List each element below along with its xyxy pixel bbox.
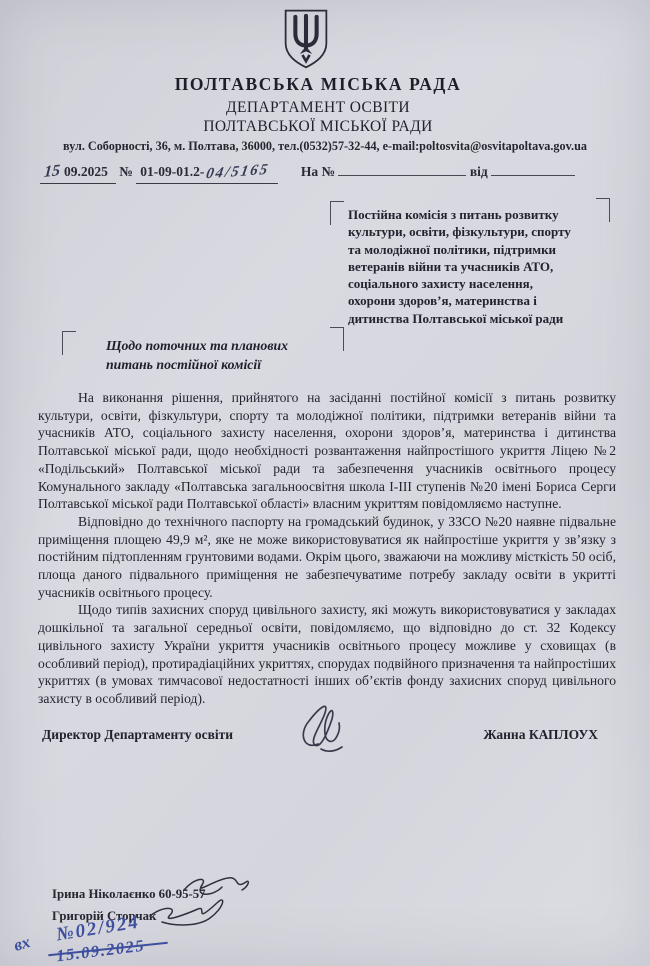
reply-to-label: На № xyxy=(301,164,335,179)
recipient-line: охорони здоров’я, материнства і xyxy=(348,292,610,309)
reply-number-blank xyxy=(338,162,466,176)
printed-number: 01-09-01.2- xyxy=(140,164,204,179)
recipient-line: та молодіжної політики, підтримки xyxy=(348,241,610,258)
footer-signatures-icon xyxy=(122,872,272,939)
incoming-mark: вх xyxy=(12,932,33,956)
corner-bracket-subject-left xyxy=(62,331,76,355)
paragraph-3: Щодо типів захисних споруд цивільного за… xyxy=(38,601,616,707)
signer-title: Директор Департаменту освіти xyxy=(42,727,233,743)
reply-date-blank xyxy=(491,162,575,176)
outgoing-number-field: 01-09-01.2-04/5165 xyxy=(136,164,277,184)
scanned-letter-page: ПОЛТАВСЬКА МІСЬКА РАДА ДЕПАРТАМЕНТ ОСВІТ… xyxy=(0,0,650,966)
letter-body: На виконання рішення, прийнятого на засі… xyxy=(38,389,616,708)
corner-bracket-recipient-left xyxy=(330,201,344,225)
paragraph-2: Відповідно до технічного паспорту на гро… xyxy=(38,513,616,602)
recipient-line: соціального захисту населення, xyxy=(348,275,610,292)
reference-line: 1509.2025 № 01-09-01.2-04/5165 На № від xyxy=(40,162,630,184)
handwritten-day: 15 xyxy=(43,162,60,182)
tryzub-coat-of-arms-icon xyxy=(277,8,335,70)
date-field: 1509.2025 xyxy=(40,163,116,184)
recipient-line: дитинства Полтавської міської ради xyxy=(348,310,610,327)
corner-bracket-subject-right xyxy=(330,327,344,351)
org-title: ПОЛТАВСЬКА МІСЬКА РАДА xyxy=(0,74,636,95)
from-label: від xyxy=(470,164,488,179)
department-line2: ПОЛТАВСЬКОЇ МІСЬКОЇ РАДИ xyxy=(0,118,636,137)
department-title: ДЕПАРТАМЕНТ ОСВІТИ ПОЛТАВСЬКОЇ МІСЬКОЇ Р… xyxy=(0,99,636,136)
handwritten-number: 04/5165 xyxy=(205,162,271,184)
subject-block: Щодо поточних та планових питань постійн… xyxy=(106,336,288,374)
subject-line2: питань постійної комісії xyxy=(106,355,288,374)
number-sign: № xyxy=(119,164,133,179)
director-signature-icon xyxy=(288,694,360,763)
address-line: вул. Соборності, 36, м. Полтава, 36000, … xyxy=(0,139,650,154)
recipient-line: ветеранів війни та учасників АТО, xyxy=(348,258,610,275)
signer-name: Жанна КАПЛОУХ xyxy=(483,727,598,743)
recipient-line: культури, освіти, фізкультури, спорту xyxy=(348,223,610,240)
printed-date: 09.2025 xyxy=(64,164,108,179)
department-line1: ДЕПАРТАМЕНТ ОСВІТИ xyxy=(0,99,636,118)
paragraph-1: На виконання рішення, прийнятого на засі… xyxy=(38,389,616,513)
recipient-block: Постійна комісія з питань розвитку культ… xyxy=(348,206,610,327)
recipient-line: Постійна комісія з питань розвитку xyxy=(348,206,610,223)
subject-line1: Щодо поточних та планових xyxy=(106,336,288,355)
